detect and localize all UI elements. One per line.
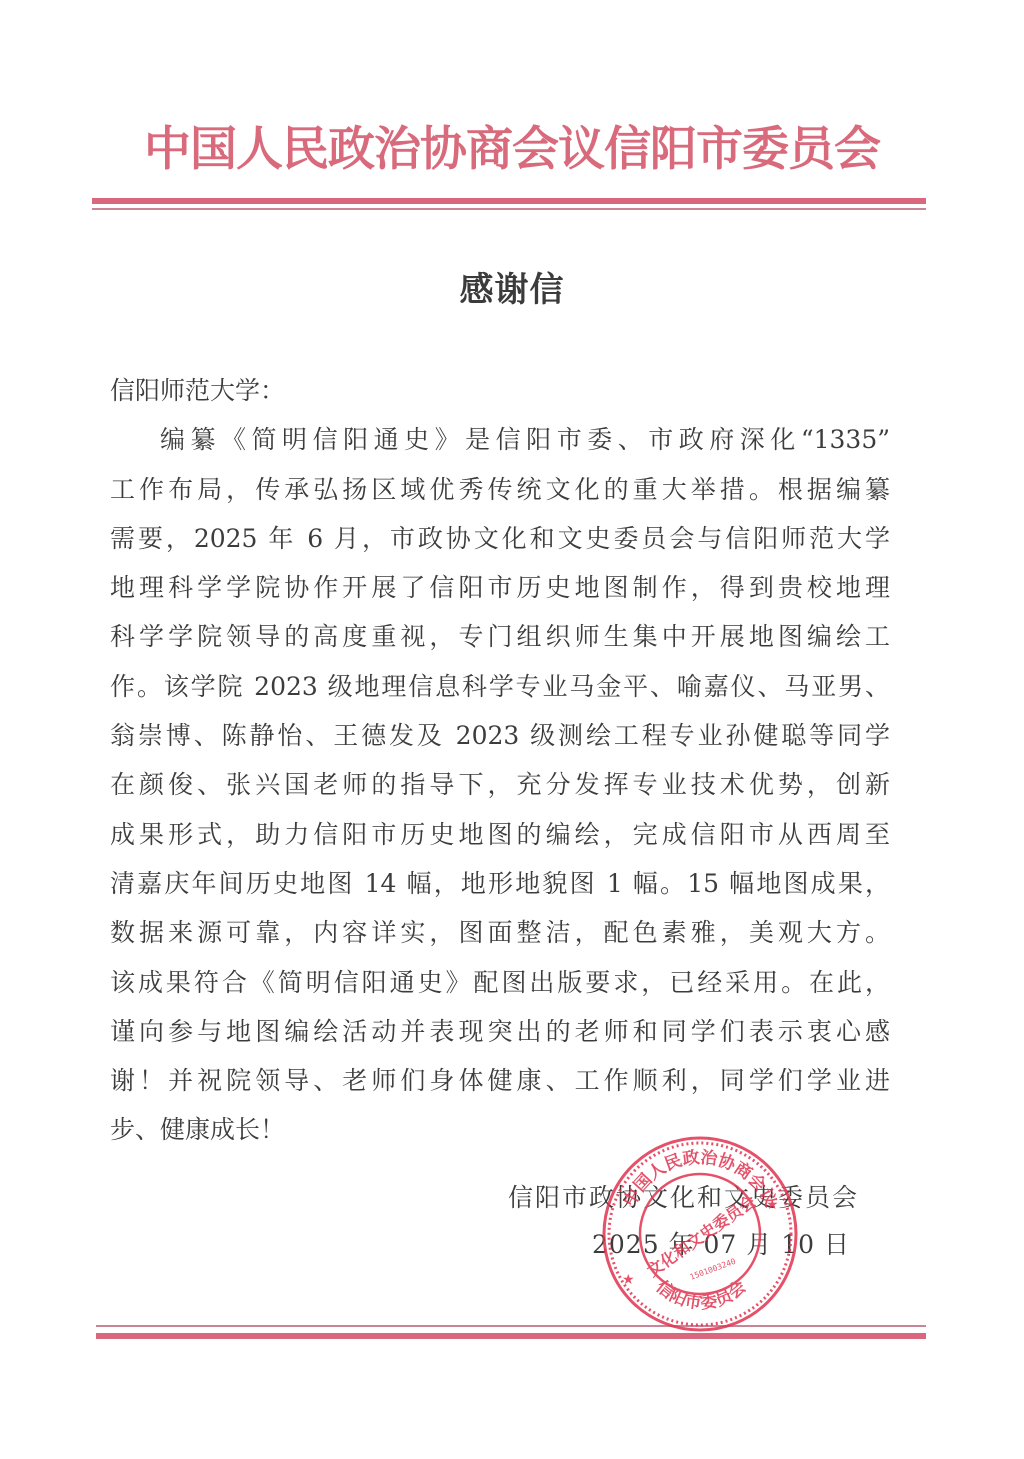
body-line: 清嘉庆年间历史地图 14 幅，地形地貌图 1 幅。15 幅地图成果，	[110, 859, 890, 908]
body-line: 翁崇博、陈静怡、王德发及 2023 级测绘工程专业孙健聪等同学	[110, 711, 890, 760]
document-title: 感谢信	[0, 262, 1024, 311]
svg-text:★: ★	[766, 1197, 779, 1213]
letterhead-title: 中国人民政治协商会议信阳市委员会	[0, 118, 1024, 182]
footer-rule-thin	[96, 1325, 926, 1327]
salutation: 信阳师范大学：	[110, 366, 890, 415]
body-line: 需要，2025 年 6 月，市政协文化和文史委员会与信阳师范大学	[110, 514, 890, 563]
body-line: 地理科学学院协作开展了信阳市历史地图制作，得到贵校地理	[110, 563, 890, 612]
body-line: 工作布局，传承弘扬区域优秀传统文化的重大举措。根据编纂	[110, 465, 890, 514]
body-line: 在颜俊、张兴国老师的指导下，充分发挥专业技术优势，创新	[110, 760, 890, 809]
letterhead-rule-thin	[92, 208, 926, 210]
body-line: 科学学院领导的高度重视，专门组织师生集中开展地图编绘工	[110, 612, 890, 661]
body-line: 数据来源可靠，内容详实，图面整洁，配色素雅，美观大方。	[110, 908, 890, 957]
letterhead-rule-thick	[92, 198, 926, 204]
svg-text:文化和文史委员会: 文化和文史委员会	[644, 1192, 760, 1281]
letter-body: 信阳师范大学： 编纂《简明信阳通史》是信阳市委、市政府深化“1335” 工作布局…	[110, 366, 890, 1155]
body-line: 编纂《简明信阳通史》是信阳市委、市政府深化“1335”	[110, 415, 890, 464]
body-line: 作。该学院 2023 级地理信息科学专业马金平、喻嘉仪、马亚男、	[110, 662, 890, 711]
body-line: 成果形式，助力信阳市历史地图的编绘，完成信阳市从西周至	[110, 810, 890, 859]
official-seal-icon: 中国人民政治协商会议 信阳市委员会 文化和文史委员会 1501003240 ★ …	[600, 1134, 800, 1334]
footer-rule-thick	[96, 1333, 926, 1339]
body-line: 该成果符合《简明信阳通史》配图出版要求，已经采用。在此，	[110, 958, 890, 1007]
svg-text:1501003240: 1501003240	[689, 1257, 738, 1282]
svg-text:★: ★	[622, 1272, 635, 1288]
body-line: 谢！并祝院领导、老师们身体健康、工作顺利，同学们学业进	[110, 1056, 890, 1105]
svg-text:信阳市委员会: 信阳市委员会	[652, 1276, 750, 1313]
body-line: 谨向参与地图编绘活动并表现突出的老师和同学们表示衷心感	[110, 1007, 890, 1056]
